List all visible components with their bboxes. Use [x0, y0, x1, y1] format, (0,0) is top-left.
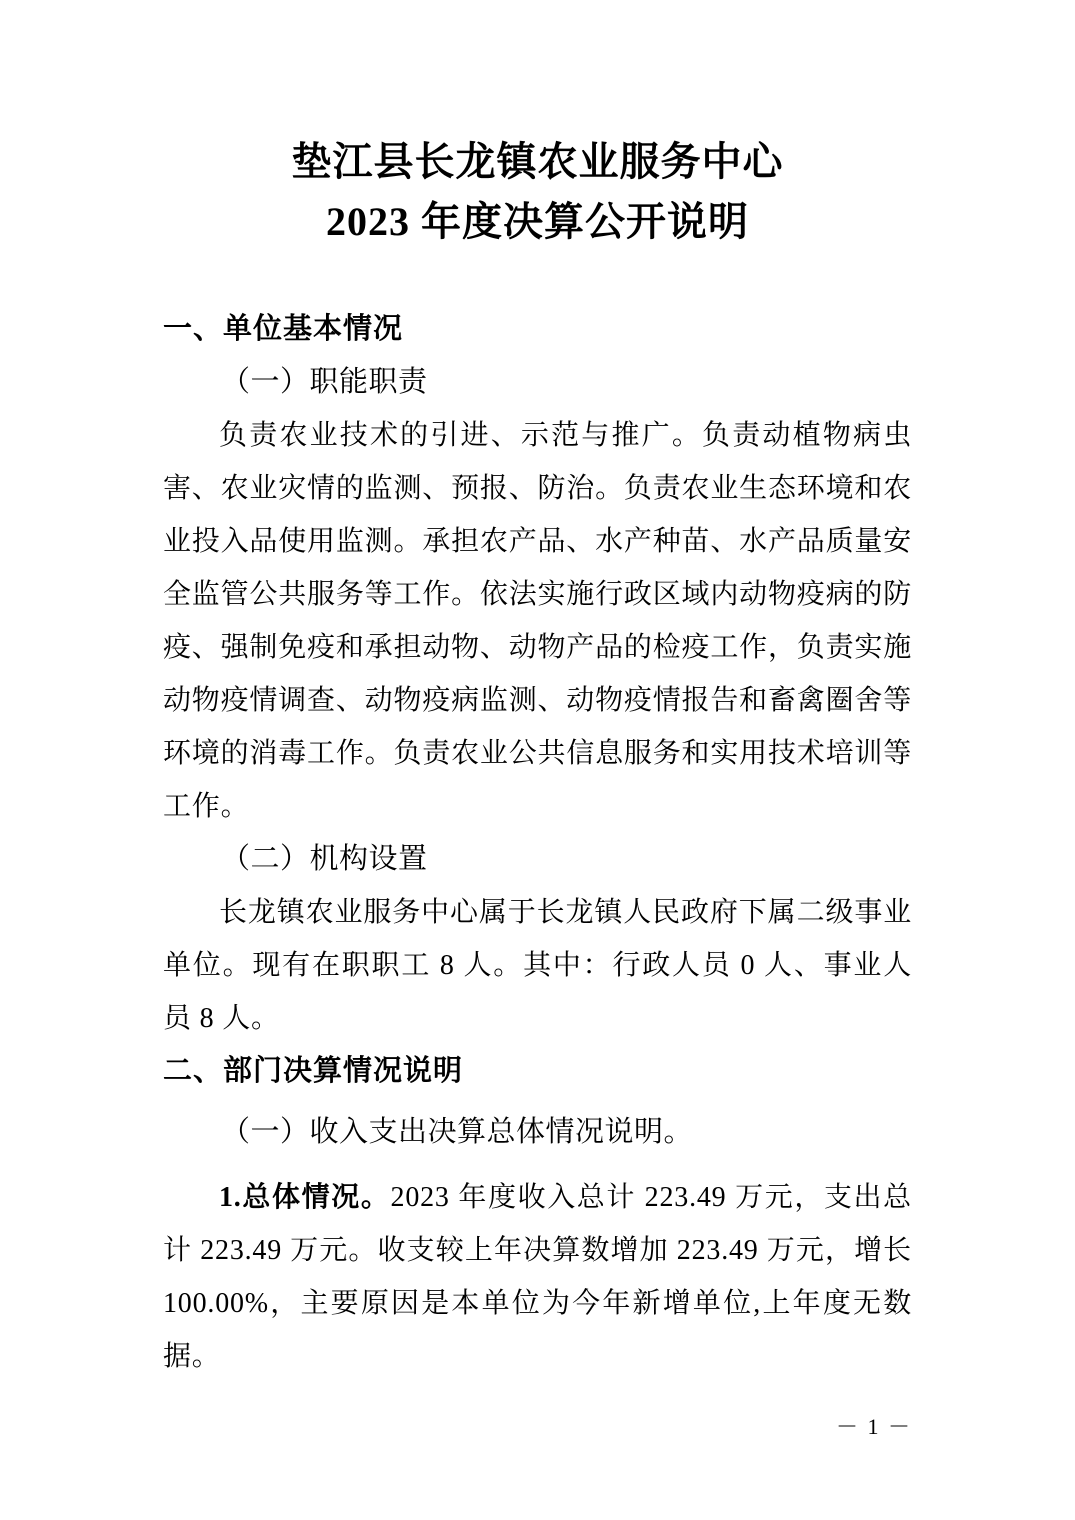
section1-sub1-heading: （一）职能职责: [163, 356, 912, 409]
document-title-line1: 垫江县长龙镇农业服务中心: [163, 132, 912, 192]
section2-heading: 二、部门决算情况说明: [163, 1045, 912, 1098]
general-paragraph-lead: 1.总体情况。: [219, 1182, 391, 1213]
section1-heading: 一、单位基本情况: [163, 303, 912, 356]
section1-sub2-paragraph: 长龙镇农业服务中心属于长龙镇人民政府下属二级事业单位。现有在职职工 8 人。其中…: [163, 886, 912, 1045]
page-number: － 1 －: [836, 1413, 912, 1441]
section1-sub1-paragraph: 负责农业技术的引进、示范与推广。负责动植物病虫害、农业灾情的监测、预报、防治。负…: [163, 409, 912, 833]
document-page: 垫江县长龙镇农业服务中心 2023 年度决算公开说明 一、单位基本情况 （一）职…: [0, 0, 1075, 1520]
section2-general-paragraph: 1.总体情况。2023 年度收入总计 223.49 万元，支出总计 223.49…: [163, 1171, 912, 1383]
document-title: 垫江县长龙镇农业服务中心 2023 年度决算公开说明: [163, 0, 912, 252]
document-title-line2: 2023 年度决算公开说明: [163, 192, 912, 252]
section1-sub2-heading: （二）机构设置: [163, 833, 912, 886]
section2-sub1-heading: （一）收入支出决算总体情况说明。: [163, 1106, 912, 1159]
